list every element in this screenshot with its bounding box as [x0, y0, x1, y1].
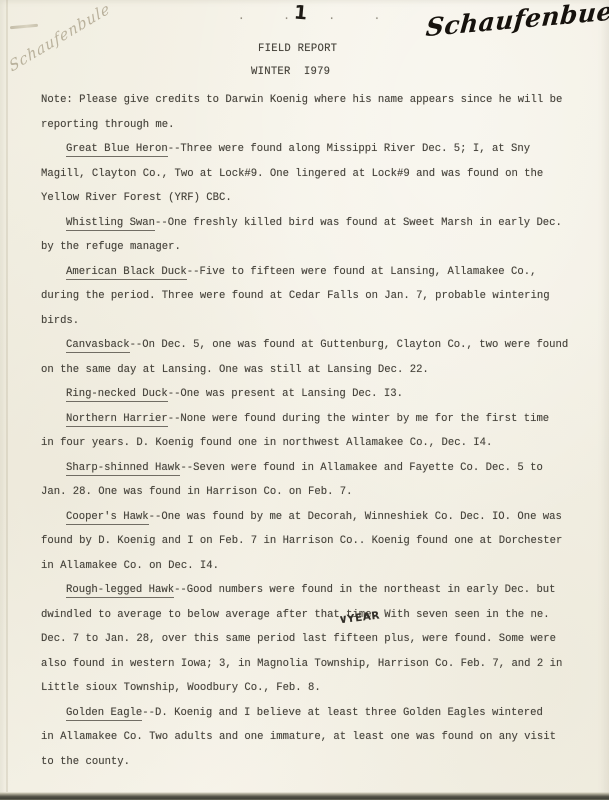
- species-name: American Black Duck: [66, 266, 187, 280]
- species-name: Rough-legged Hawk: [66, 584, 174, 598]
- body-line: Ring-necked Duck--One was present at Lan…: [41, 382, 601, 407]
- body-line: in Allamakee Co. on Dec. I4.: [41, 554, 601, 579]
- body-line: found by D. Koenig and I on Feb. 7 in Ha…: [41, 529, 601, 554]
- report-subtitle: WINTER I979: [251, 66, 330, 78]
- body-line: on the same day at Lansing. One was stil…: [41, 358, 601, 383]
- body-line: Golden Eagle--D. Koenig and I believe at…: [41, 701, 601, 726]
- species-name: Great Blue Heron: [66, 143, 168, 157]
- ink-handwriting-top-right: Schaufenbuel: [425, 0, 609, 42]
- body-lines: Note: Please give credits to Darwin Koen…: [41, 88, 601, 774]
- body-line: Note: Please give credits to Darwin Koen…: [41, 88, 601, 113]
- scan-crease-left: [6, 0, 8, 792]
- scanned-document-page: Schaufenbule . . . . 1 Schaufenbuel FIEL…: [0, 0, 609, 800]
- body-line: to the county.: [41, 750, 601, 775]
- body-line: Northern Harrier--None were found during…: [41, 407, 601, 432]
- body-line: Sharp-shinned Hawk--Seven were found in …: [41, 456, 601, 481]
- species-name: Whistling Swan: [66, 217, 155, 231]
- faint-typed-dots: . . . .: [238, 11, 396, 23]
- body-line: Dec. 7 to Jan. 28, over this same period…: [41, 627, 601, 652]
- body-line: in four years. D. Koenig found one in no…: [41, 431, 601, 456]
- species-name: Sharp-shinned Hawk: [66, 462, 180, 476]
- body-line: by the refuge manager.: [41, 235, 601, 260]
- species-name: Cooper's Hawk: [66, 511, 149, 525]
- body-line: reporting through me.: [41, 113, 601, 138]
- body-line: Great Blue Heron--Three were found along…: [41, 137, 601, 162]
- body-line: Magill, Clayton Co., Two at Lock#9. One …: [41, 162, 601, 187]
- report-title: FIELD REPORT: [258, 43, 337, 55]
- scan-edge-bottom: [0, 792, 609, 800]
- staple-mark: [10, 24, 38, 29]
- body-line: Little sioux Township, Woodbury Co., Feb…: [41, 676, 601, 701]
- body-line: during the period. Three were found at C…: [41, 284, 601, 309]
- body-line: Jan. 28. One was found in Harrison Co. o…: [41, 480, 601, 505]
- body-line: Rough-legged Hawk--Good numbers were fou…: [41, 578, 601, 603]
- insertion-word: YEAR: [346, 609, 380, 625]
- body-line: Cooper's Hawk--One was found by me at De…: [41, 505, 601, 530]
- body-line: dwindled to average to below average aft…: [41, 603, 601, 628]
- pencil-handwriting-top-left: Schaufenbule: [7, 0, 112, 76]
- body-line: in Allamakee Co. Two adults and one imma…: [41, 725, 601, 750]
- handwritten-page-number: 1: [293, 1, 308, 24]
- body-line: American Black Duck--Five to fifteen wer…: [41, 260, 601, 285]
- species-name: Golden Eagle: [66, 707, 142, 721]
- body-line: Whistling Swan--One freshly killed bird …: [41, 211, 601, 236]
- body-line: Yellow River Forest (YRF) CBC.: [41, 186, 601, 211]
- body-line: also found in western Iowa; 3, in Magnol…: [41, 652, 601, 677]
- body-line: Canvasback--On Dec. 5, one was found at …: [41, 333, 601, 358]
- body-line: birds.: [41, 309, 601, 334]
- species-name: Canvasback: [66, 339, 130, 353]
- species-name: Ring-necked Duck: [66, 388, 168, 402]
- species-name: Northern Harrier: [66, 413, 168, 427]
